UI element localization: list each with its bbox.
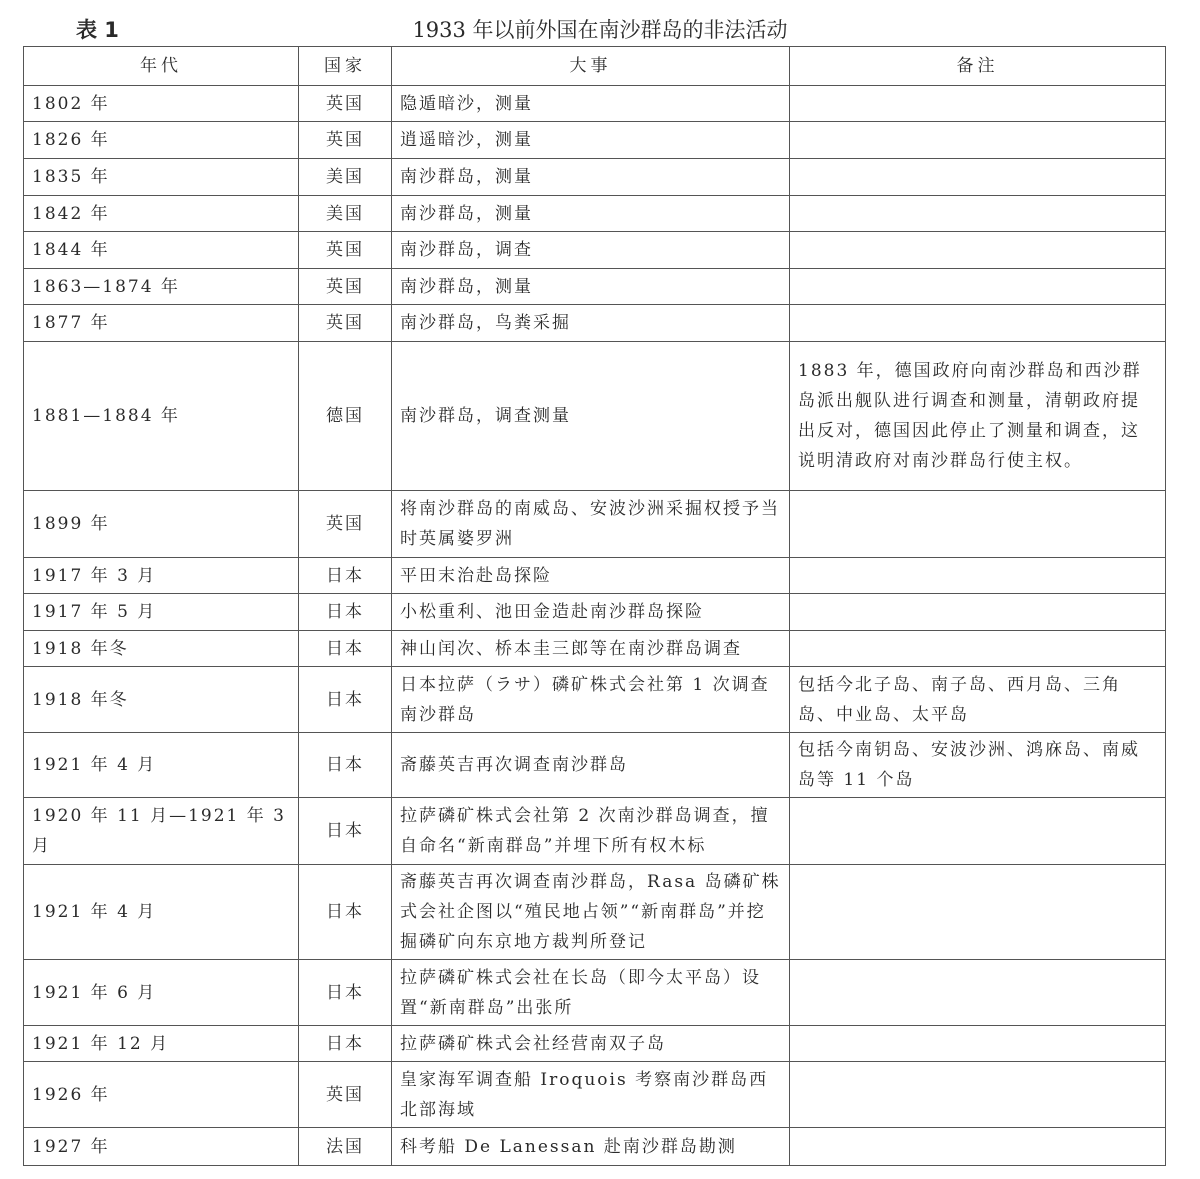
event-cell: 斋藤英吉再次调查南沙群岛 xyxy=(392,733,790,798)
country-cell: 英国 xyxy=(299,269,392,305)
event-cell: 拉萨磷矿株式会社第 2 次南沙群岛调查，擅自命名“新南群岛”并埋下所有权木标 xyxy=(392,798,790,865)
event-cell: 平田末治赴岛探险 xyxy=(392,558,790,594)
event-cell: 将南沙群岛的南威岛、安波沙洲采掘权授予当时英属婆罗洲 xyxy=(392,491,790,558)
table-row: 1921 年 12 月日本拉萨磷矿株式会社经营南双子岛 xyxy=(24,1026,1166,1062)
country-cell: 法国 xyxy=(299,1128,392,1166)
note-cell xyxy=(790,865,1166,960)
event-cell: 科考船 De Lanessan 赴南沙群岛勘测 xyxy=(392,1128,790,1166)
event-cell: 逍遥暗沙，测量 xyxy=(392,122,790,159)
note-cell xyxy=(790,1026,1166,1062)
event-cell: 神山闰次、桥本圭三郎等在南沙群岛调查 xyxy=(392,631,790,667)
event-cell: 拉萨磷矿株式会社在长岛（即今太平岛）设置“新南群岛”出张所 xyxy=(392,960,790,1026)
year-cell: 1926 年 xyxy=(24,1062,299,1128)
event-cell: 南沙群岛，调查 xyxy=(392,232,790,269)
year-cell: 1921 年 12 月 xyxy=(24,1026,299,1062)
year-cell: 1826 年 xyxy=(24,122,299,159)
year-cell: 1863—1874 年 xyxy=(24,269,299,305)
event-cell: 南沙群岛，测量 xyxy=(392,196,790,232)
country-cell: 英国 xyxy=(299,1062,392,1128)
note-cell xyxy=(790,86,1166,122)
table-row: 1918 年冬日本神山闰次、桥本圭三郎等在南沙群岛调查 xyxy=(24,631,1166,667)
country-cell: 日本 xyxy=(299,798,392,865)
events-table: 年代 国家 大事 备注 1802 年英国隐遁暗沙，测量1826 年英国逍遥暗沙，… xyxy=(23,46,1166,1166)
table-row: 1921 年 6 月日本拉萨磷矿株式会社在长岛（即今太平岛）设置“新南群岛”出张… xyxy=(24,960,1166,1026)
year-cell: 1921 年 4 月 xyxy=(24,733,299,798)
header-year: 年代 xyxy=(24,47,299,86)
table-row: 1917 年 3 月日本平田末治赴岛探险 xyxy=(24,558,1166,594)
table-row: 1921 年 4 月日本斋藤英吉再次调查南沙群岛，Rasa 岛磷矿株式会社企图以… xyxy=(24,865,1166,960)
table-row: 1863—1874 年英国南沙群岛，测量 xyxy=(24,269,1166,305)
country-cell: 日本 xyxy=(299,631,392,667)
note-cell xyxy=(790,558,1166,594)
country-cell: 英国 xyxy=(299,232,392,269)
year-cell: 1844 年 xyxy=(24,232,299,269)
year-cell: 1835 年 xyxy=(24,159,299,196)
country-cell: 日本 xyxy=(299,594,392,631)
table-row: 1877 年英国南沙群岛，鸟粪采掘 xyxy=(24,305,1166,342)
header-event: 大事 xyxy=(392,47,790,86)
event-cell: 斋藤英吉再次调查南沙群岛，Rasa 岛磷矿株式会社企图以“殖民地占领”“新南群岛… xyxy=(392,865,790,960)
event-cell: 南沙群岛，鸟粪采掘 xyxy=(392,305,790,342)
table-row: 1826 年英国逍遥暗沙，测量 xyxy=(24,122,1166,159)
country-cell: 日本 xyxy=(299,865,392,960)
note-cell xyxy=(790,305,1166,342)
note-cell xyxy=(790,269,1166,305)
country-cell: 日本 xyxy=(299,667,392,733)
event-cell: 南沙群岛，测量 xyxy=(392,159,790,196)
table-row: 1802 年英国隐遁暗沙，测量 xyxy=(24,86,1166,122)
note-cell xyxy=(790,491,1166,558)
year-cell: 1802 年 xyxy=(24,86,299,122)
table-row: 1881—1884 年德国南沙群岛，调查测量1883 年，德国政府向南沙群岛和西… xyxy=(24,342,1166,491)
table-row: 1927 年法国科考船 De Lanessan 赴南沙群岛勘测 xyxy=(24,1128,1166,1166)
year-cell: 1921 年 4 月 xyxy=(24,865,299,960)
country-cell: 美国 xyxy=(299,196,392,232)
header-row: 年代 国家 大事 备注 xyxy=(24,47,1166,86)
table-row: 1921 年 4 月日本斋藤英吉再次调查南沙群岛包括今南钥岛、安波沙洲、鸿庥岛、… xyxy=(24,733,1166,798)
country-cell: 日本 xyxy=(299,558,392,594)
table-row: 1844 年英国南沙群岛，调查 xyxy=(24,232,1166,269)
note-cell xyxy=(790,159,1166,196)
year-cell: 1877 年 xyxy=(24,305,299,342)
table-caption: 表 1 1933 年以前外国在南沙群岛的非法活动 xyxy=(0,10,1200,46)
year-cell: 1918 年冬 xyxy=(24,667,299,733)
note-cell xyxy=(790,1128,1166,1166)
note-cell xyxy=(790,196,1166,232)
country-cell: 英国 xyxy=(299,86,392,122)
country-cell: 日本 xyxy=(299,1026,392,1062)
country-cell: 日本 xyxy=(299,733,392,798)
note-cell: 包括今南钥岛、安波沙洲、鸿庥岛、南威岛等 11 个岛 xyxy=(790,733,1166,798)
country-cell: 英国 xyxy=(299,491,392,558)
event-cell: 皇家海军调查船 Iroquois 考察南沙群岛西北部海域 xyxy=(392,1062,790,1128)
country-cell: 英国 xyxy=(299,305,392,342)
note-cell xyxy=(790,122,1166,159)
header-country: 国家 xyxy=(299,47,392,86)
note-cell xyxy=(790,798,1166,865)
year-cell: 1918 年冬 xyxy=(24,631,299,667)
table-row: 1835 年美国南沙群岛，测量 xyxy=(24,159,1166,196)
year-cell: 1881—1884 年 xyxy=(24,342,299,491)
year-cell: 1917 年 3 月 xyxy=(24,558,299,594)
note-cell: 1883 年，德国政府向南沙群岛和西沙群岛派出舰队进行调查和测量，清朝政府提出反… xyxy=(790,342,1166,491)
header-note: 备注 xyxy=(790,47,1166,86)
table-row: 1899 年英国将南沙群岛的南威岛、安波沙洲采掘权授予当时英属婆罗洲 xyxy=(24,491,1166,558)
event-cell: 南沙群岛，测量 xyxy=(392,269,790,305)
event-cell: 隐遁暗沙，测量 xyxy=(392,86,790,122)
event-cell: 南沙群岛，调查测量 xyxy=(392,342,790,491)
note-cell xyxy=(790,1062,1166,1128)
note-cell xyxy=(790,232,1166,269)
note-cell xyxy=(790,631,1166,667)
country-cell: 日本 xyxy=(299,960,392,1026)
table-row: 1920 年 11 月—1921 年 3 月日本拉萨磷矿株式会社第 2 次南沙群… xyxy=(24,798,1166,865)
table-title: 1933 年以前外国在南沙群岛的非法活动 xyxy=(0,14,1200,44)
table-row: 1842 年美国南沙群岛，测量 xyxy=(24,196,1166,232)
table-row: 1917 年 5 月日本小松重利、池田金造赴南沙群岛探险 xyxy=(24,594,1166,631)
table-row: 1926 年英国皇家海军调查船 Iroquois 考察南沙群岛西北部海域 xyxy=(24,1062,1166,1128)
year-cell: 1920 年 11 月—1921 年 3 月 xyxy=(24,798,299,865)
event-cell: 日本拉萨（ラサ）磷矿株式会社第 1 次调查南沙群岛 xyxy=(392,667,790,733)
note-cell xyxy=(790,960,1166,1026)
year-cell: 1917 年 5 月 xyxy=(24,594,299,631)
year-cell: 1921 年 6 月 xyxy=(24,960,299,1026)
year-cell: 1927 年 xyxy=(24,1128,299,1166)
country-cell: 美国 xyxy=(299,159,392,196)
note-cell: 包括今北子岛、南子岛、西月岛、三角岛、中业岛、太平岛 xyxy=(790,667,1166,733)
year-cell: 1899 年 xyxy=(24,491,299,558)
country-cell: 英国 xyxy=(299,122,392,159)
event-cell: 小松重利、池田金造赴南沙群岛探险 xyxy=(392,594,790,631)
country-cell: 德国 xyxy=(299,342,392,491)
note-cell xyxy=(790,594,1166,631)
year-cell: 1842 年 xyxy=(24,196,299,232)
event-cell: 拉萨磷矿株式会社经营南双子岛 xyxy=(392,1026,790,1062)
table-row: 1918 年冬日本日本拉萨（ラサ）磷矿株式会社第 1 次调查南沙群岛包括今北子岛… xyxy=(24,667,1166,733)
